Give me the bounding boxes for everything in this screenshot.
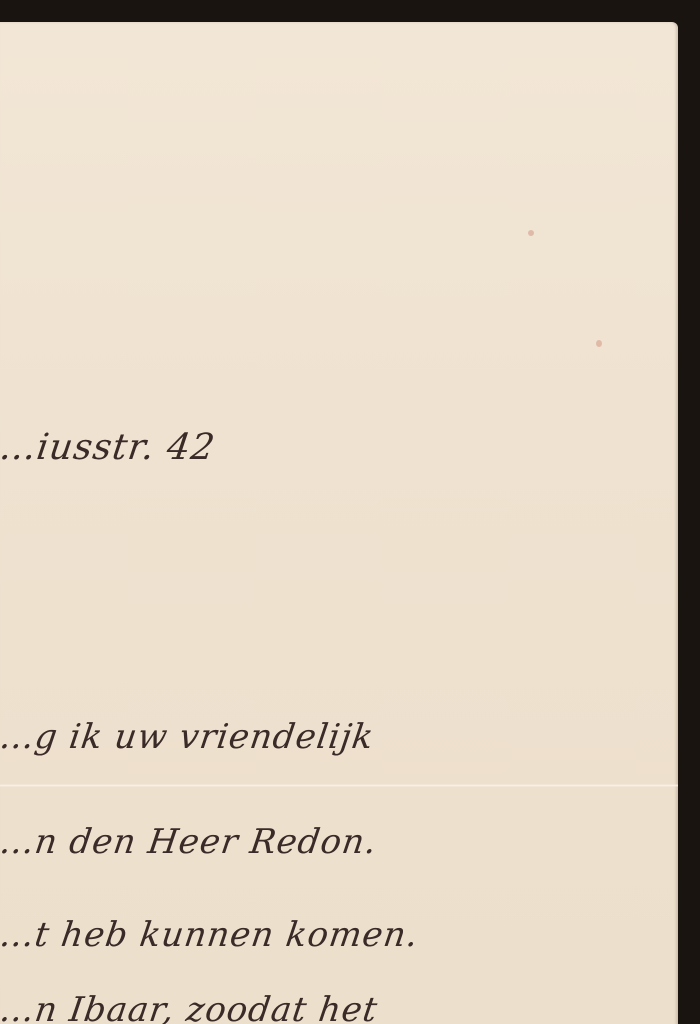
paper-spot (528, 230, 534, 236)
body-line-2: …n den Heer Redon. (0, 822, 380, 862)
scan-background: …iusstr. 42 …g ik uw vriendelijk …n den … (0, 0, 700, 1024)
body-line-4: …n Ibaar, zoodat het (0, 990, 380, 1024)
address-line: …iusstr. 42 (0, 427, 218, 468)
letter-paper: …iusstr. 42 …g ik uw vriendelijk …n den … (0, 22, 678, 1024)
fold-crease (0, 784, 678, 787)
body-line-3: …t heb kunnen komen. (0, 915, 421, 955)
paper-spot (596, 340, 602, 347)
body-line-1: …g ik uw vriendelijk (0, 717, 377, 757)
